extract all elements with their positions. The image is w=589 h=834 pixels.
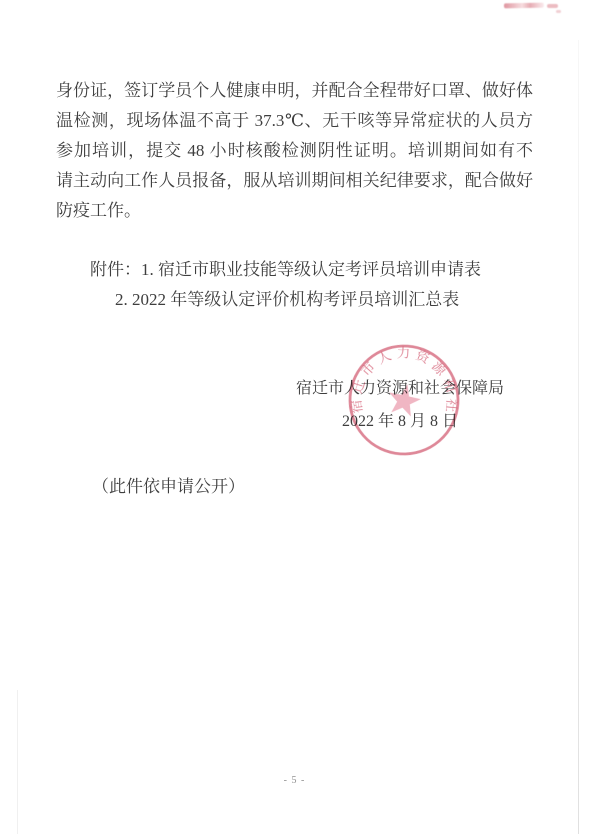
scan-edge-line <box>578 40 579 834</box>
issue-date: 2022 年 8 月 8 日 <box>296 405 504 438</box>
body-paragraph: 身份证，签订学员个人健康申明，并配合全程带好口罩、做好体 温检测，现场体温不高于… <box>56 76 533 226</box>
attachment-item: 2. 2022 年等级认定评价机构考评员培训汇总表 <box>115 285 481 315</box>
scan-edge-line <box>17 690 18 834</box>
red-ink-smudge <box>504 3 544 9</box>
attachments-label: 附件： <box>90 260 141 279</box>
attachments-block: 附件：1. 宿迁市职业技能等级认定考评员培训申请表 2. 2022 年等级认定评… <box>90 255 481 315</box>
paragraph-line: 身份证，签订学员个人健康申明，并配合全程带好口罩、做好体 <box>56 76 533 106</box>
attachment-item: 1. 宿迁市职业技能等级认定考评员培训申请表 <box>141 260 481 279</box>
attachment-row: 附件：1. 宿迁市职业技能等级认定考评员培训申请表 <box>90 255 481 285</box>
red-ink-smudge <box>547 4 558 8</box>
issuer-name: 宿迁市人力资源和社会保障局 <box>296 372 504 405</box>
paragraph-line: 请主动向工作人员报备，服从培训期间相关纪律要求，配合做好 <box>56 166 533 196</box>
signature-block: 宿迁市人力资源和社会保障局 2022 年 8 月 8 日 <box>296 372 504 438</box>
paragraph-line: 防疫工作。 <box>56 196 533 226</box>
paragraph-line: 温检测，现场体温不高于 37.3℃、无干咳等异常症状的人员方可 <box>56 106 533 136</box>
red-ink-smudge <box>556 10 561 13</box>
paragraph-line: 参加培训，提交 48 小时核酸检测阴性证明。培训期间如有不适， <box>56 136 533 166</box>
page-number: - 5 - <box>0 775 589 787</box>
disclosure-note: （此件依申请公开） <box>92 477 245 497</box>
document-page: 身份证，签订学员个人健康申明，并配合全程带好口罩、做好体 温检测，现场体温不高于… <box>0 0 589 834</box>
